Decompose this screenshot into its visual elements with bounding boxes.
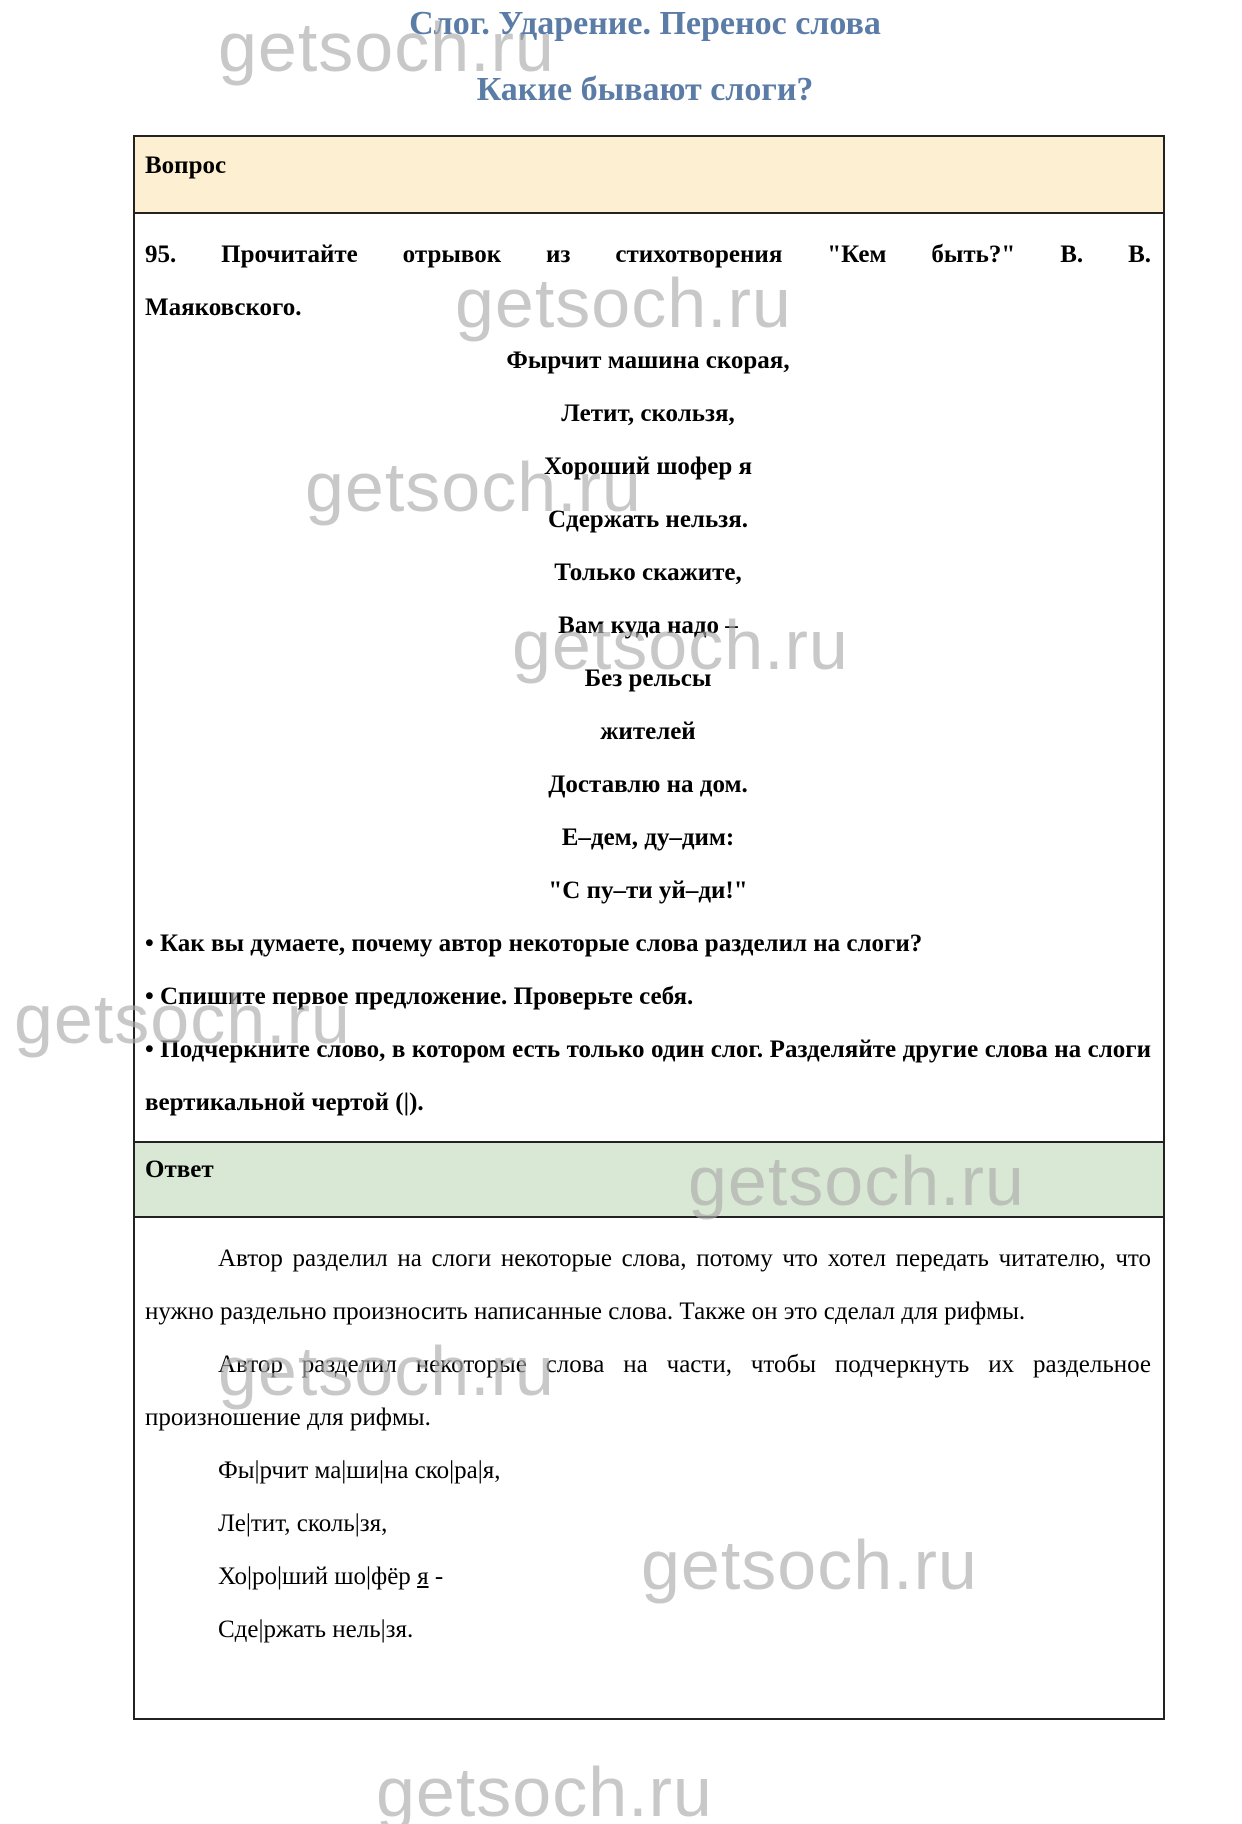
poem-line: Хороший шофер я bbox=[145, 440, 1151, 493]
page-title: Слог. Ударение. Перенос слова bbox=[0, 4, 1242, 44]
poem-line: Фырчит машина скорая, bbox=[145, 334, 1151, 387]
answer-body-row: Автор разделил на слоги некоторые слова,… bbox=[135, 1218, 1163, 1718]
answer-paragraph: Автор разделил на слоги некоторые слова,… bbox=[145, 1232, 1151, 1338]
syllable-line: Сде|ржать нель|зя. bbox=[145, 1603, 1151, 1656]
syllable-text: - bbox=[429, 1563, 444, 1590]
answer-header: Ответ bbox=[145, 1155, 214, 1185]
syllable-line: Ле|тит, сколь|зя, bbox=[145, 1497, 1151, 1550]
task-item: • Спишите первое предложение. Проверьте … bbox=[145, 970, 1151, 1023]
poem-line: "С пу–ти уй–ди!" bbox=[145, 864, 1151, 917]
poem-line: жителей bbox=[145, 705, 1151, 758]
watermark: getsoch.ru bbox=[376, 1757, 713, 1824]
poem-line: Без рельсы bbox=[145, 652, 1151, 705]
answer-paragraph: Автор разделил некоторые слова на части,… bbox=[145, 1338, 1151, 1444]
question-header-row: Вопрос bbox=[135, 137, 1163, 214]
poem-line: Сдержать нельзя. bbox=[145, 493, 1151, 546]
question-body-row: 95. Прочитайте отрывок из стихотворения … bbox=[135, 214, 1163, 1141]
question-intro-line2: Маяковского. bbox=[145, 281, 1151, 334]
task-item: • Как вы думаете, почему автор некоторые… bbox=[145, 917, 1151, 970]
poem: Фырчит машина скорая, Летит, скользя, Хо… bbox=[145, 334, 1151, 917]
answer-body: Автор разделил на слоги некоторые слова,… bbox=[145, 1232, 1151, 1656]
syllable-line: Хо|ро|ший шо|фёр я - bbox=[145, 1550, 1151, 1603]
question-intro-line1: 95. Прочитайте отрывок из стихотворения … bbox=[145, 228, 1151, 281]
syllable-text: Хо|ро|ший шо|фёр bbox=[218, 1563, 417, 1590]
underlined-word: я bbox=[417, 1563, 429, 1590]
poem-line: Летит, скользя, bbox=[145, 387, 1151, 440]
poem-line: Вам куда надо – bbox=[145, 599, 1151, 652]
qa-table: Вопрос 95. Прочитайте отрывок из стихотв… bbox=[133, 135, 1165, 1720]
task-item: • Подчеркните слово, в котором есть толь… bbox=[145, 1023, 1151, 1129]
poem-line: Только скажите, bbox=[145, 546, 1151, 599]
question-header: Вопрос bbox=[145, 151, 226, 181]
poem-line: Е–дем, ду–дим: bbox=[145, 811, 1151, 864]
poem-line: Доставлю на дом. bbox=[145, 758, 1151, 811]
answer-header-row: Ответ bbox=[135, 1141, 1163, 1218]
question-body: 95. Прочитайте отрывок из стихотворения … bbox=[145, 228, 1151, 1129]
page-subtitle: Какие бывают слоги? bbox=[0, 70, 1242, 110]
syllable-line: Фы|рчит ма|ши|на ско|ра|я, bbox=[145, 1444, 1151, 1497]
